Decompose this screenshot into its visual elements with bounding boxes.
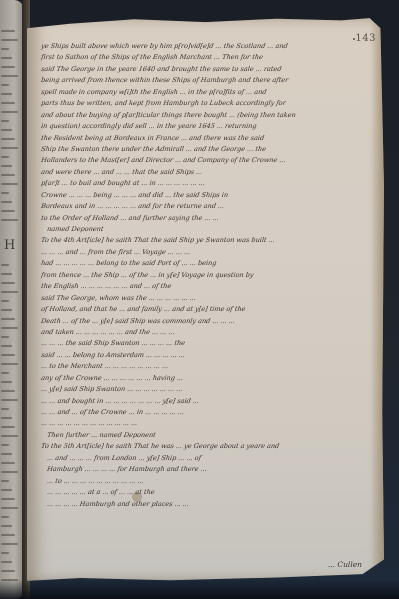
text-line: ... ... and bought in ... ... ... ... ..… <box>40 396 370 407</box>
manuscript-page: 143 ye Ships built above which were by h… <box>27 17 384 582</box>
previous-page-text-fragment <box>1 516 9 518</box>
paragraph-start-line: To the 5th Art[icle] he saith That he wa… <box>40 441 370 452</box>
previous-page-text-fragment <box>1 480 9 482</box>
previous-page-text-fragment <box>1 39 18 41</box>
text-line: and were there ... and ... ... that the … <box>40 167 370 178</box>
previous-page-text-fragment <box>1 426 15 428</box>
previous-page-text-fragment <box>1 183 18 185</box>
text-line: Then further ... named Deponent <box>40 430 158 441</box>
text-line: first to Sathon of the Ships of the Engl… <box>40 52 370 63</box>
text-line: ... to the Merchant ... ... ... ... ... … <box>40 361 370 372</box>
text-line: to the Order of Holland ... and further … <box>40 213 370 224</box>
text-line: ... y[e] said Ship Swanton ... ... ... .… <box>40 384 370 395</box>
previous-page-text-fragment <box>1 264 9 266</box>
previous-page-text-fragment <box>1 453 12 455</box>
text-line: the Resident being at Bordeaux in France… <box>40 133 370 144</box>
previous-page-text-fragment <box>1 147 18 149</box>
text-line: ye Ships built above which were by him p… <box>40 41 370 52</box>
previous-page-text-fragment <box>1 291 18 293</box>
previous-page-text-fragment <box>1 525 12 527</box>
text-line: parts thus be written, and kept from Ham… <box>40 98 370 109</box>
previous-page-text-fragment <box>1 390 15 392</box>
previous-page-text-fragment <box>1 327 18 329</box>
text-line: and taken ... ... ... ... ... ... and th… <box>40 327 370 338</box>
previous-page-text-fragment <box>1 30 15 32</box>
text-line: Ship the Swanton there under the Admiral… <box>40 144 370 155</box>
text-line: said ... ... belong to Amsterdam ... ...… <box>40 350 370 361</box>
previous-page-text-fragment <box>1 552 9 554</box>
previous-page-text-fragment <box>1 570 15 572</box>
text-line: and about the buying of p[ar]ticular thi… <box>40 110 370 121</box>
text-line: said The George, whom was the ... ... ..… <box>40 293 370 304</box>
text-line: Crowne ... ... ... being ... ... ... and… <box>40 190 370 201</box>
previous-page-text-fragment <box>1 408 9 410</box>
previous-page-text-fragment <box>1 489 12 491</box>
previous-page-text-fragment <box>1 48 9 50</box>
previous-page-text-fragment <box>1 345 12 347</box>
manuscript-photo: H 143 ye Ships built above which were by… <box>0 0 399 599</box>
text-line: any of the Crowne ... ... ... ... ... ..… <box>40 373 370 384</box>
text-line: spell made in company w[i]th the English… <box>40 87 370 98</box>
text-line: said The George in the yeare 1640 and br… <box>40 64 370 75</box>
previous-page-text-fragment <box>1 201 12 203</box>
text-line: ... ... ... ... ... at a ... of ... ... … <box>40 487 370 498</box>
previous-page-text-fragment <box>1 93 12 95</box>
manuscript-text: ye Ships built above which were by him p… <box>41 41 369 510</box>
previous-page-text-fragment <box>1 111 18 113</box>
previous-page-text-fragment <box>1 219 18 221</box>
previous-page-text-fragment <box>1 84 9 86</box>
previous-page-edge: H <box>0 0 24 599</box>
text-line: Hamburgh ... ... ... ... for Hamburgh an… <box>40 464 370 475</box>
page-edge-shading <box>370 17 384 582</box>
previous-page-text-fragment <box>1 381 12 383</box>
previous-page-text-fragment <box>1 129 12 131</box>
text-line: p[ar]t ... to buil and bought at ... in … <box>40 178 370 189</box>
previous-page-text-fragment <box>1 543 18 545</box>
text-line: ... ... ... ... ... ... ... ... ... ... … <box>40 418 370 429</box>
text-line: ... ... ... and ... from the first ... V… <box>40 247 370 258</box>
previous-page-text-fragment <box>1 174 15 176</box>
text-line: being arrived from thence within these S… <box>40 75 370 86</box>
text-line: in question) accordingly did sell ... in… <box>40 121 370 132</box>
text-line: ... ... ... the said Ship Swanton ... ..… <box>40 338 370 349</box>
previous-page-text-fragment <box>1 57 12 59</box>
text-line: the English ... ... ... ... ... ... and … <box>40 281 370 292</box>
previous-page-text-fragment <box>1 444 9 446</box>
text-line: Hollanders to the Mast[er] and Director … <box>40 155 370 166</box>
text-line: Bordeaux and in ... ... ... ... ... and … <box>40 201 370 212</box>
previous-page-text-fragment <box>1 300 9 302</box>
previous-page-text-fragment <box>1 435 18 437</box>
previous-page-text-fragment <box>1 534 15 536</box>
previous-page-text-fragment <box>1 561 12 563</box>
previous-page-text-fragment <box>1 138 15 140</box>
previous-page-text-fragment <box>1 507 18 509</box>
previous-page-text-fragment <box>1 318 15 320</box>
text-line: had ... ... ... ... ... belong to the sa… <box>40 258 370 269</box>
text-line: of Holland, and that he ... and family .… <box>40 304 370 315</box>
text-line: named Deponent <box>40 224 158 235</box>
previous-page-text-fragment <box>1 498 15 500</box>
previous-page-text-fragment <box>1 192 9 194</box>
text-line: from thence ... the Ship ... of the ... … <box>40 270 370 281</box>
previous-page-text-fragment <box>1 102 15 104</box>
signature: ... Cullen <box>328 560 362 569</box>
previous-page-text-fragment <box>1 273 12 275</box>
text-line: ... to ... ... ... ... ... ... ... ... .… <box>40 476 370 487</box>
previous-page-text-fragment <box>1 354 15 356</box>
previous-page-text-fragment <box>1 120 9 122</box>
previous-page-text-fragment <box>1 471 18 473</box>
previous-page-capital: H <box>4 238 15 253</box>
previous-page-text-fragment <box>1 372 9 374</box>
previous-page-text-fragment <box>1 363 18 365</box>
text-line: ... ... and ... of the Crowne ... in ...… <box>40 407 370 418</box>
paragraph-start-line: To the 4th Art[icle] he saith That the s… <box>40 235 370 246</box>
previous-page-text-fragment <box>1 282 15 284</box>
text-line: ... and ... ... ... from London ... y[e]… <box>40 453 370 464</box>
bottom-shadow <box>0 579 399 599</box>
previous-page-text-fragment <box>1 210 15 212</box>
previous-page-text-fragment <box>1 399 18 401</box>
previous-page-text-fragment <box>1 462 15 464</box>
text-line: ... ... ... ... Hamburgh and other place… <box>40 499 370 510</box>
previous-page-text-fragment <box>1 66 15 68</box>
text-line: Death ... of the ... y[e] said Ship was … <box>40 316 370 327</box>
previous-page-text-fragment <box>1 417 12 419</box>
previous-page-text-fragment <box>1 309 12 311</box>
previous-page-text-fragment <box>1 165 12 167</box>
previous-page-text-fragment <box>1 336 9 338</box>
previous-page-text-fragment <box>1 75 18 77</box>
previous-page-text-fragment <box>1 156 9 158</box>
